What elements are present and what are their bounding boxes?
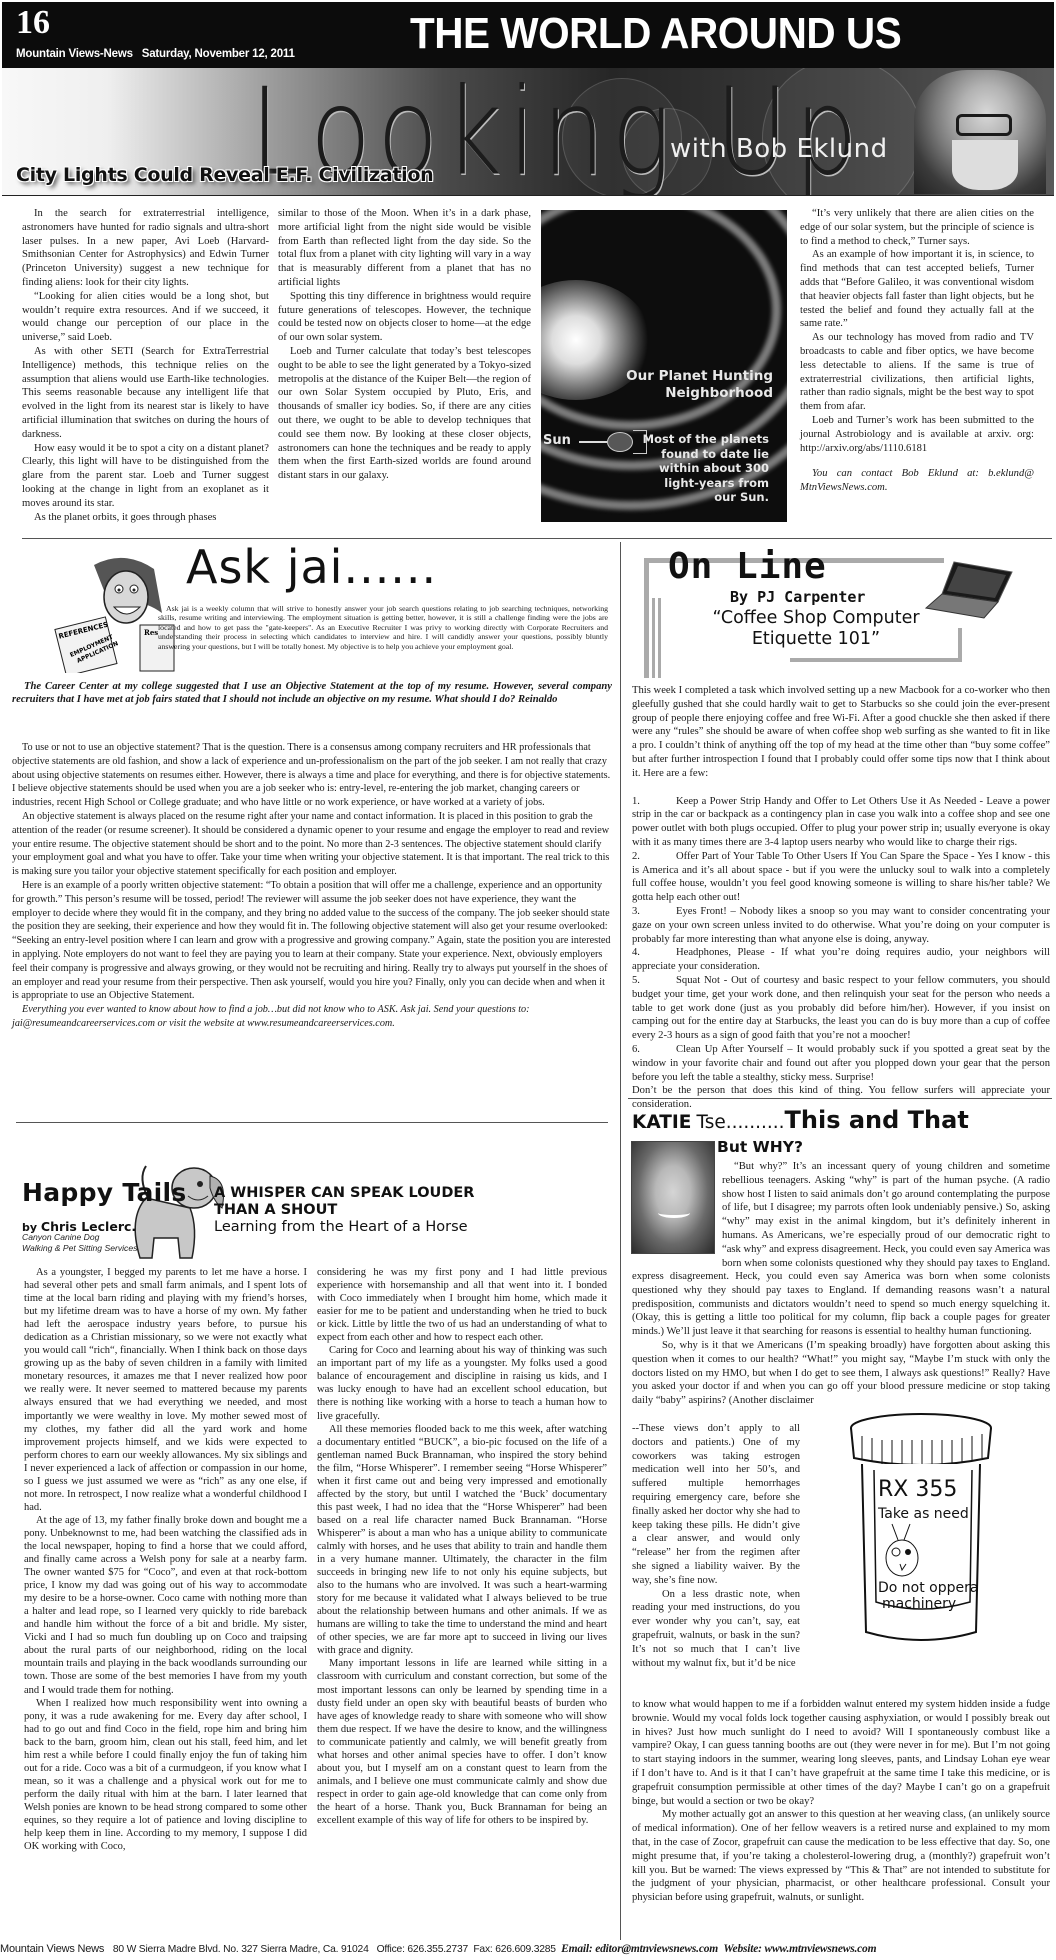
- tip-text: Offer Part of Your Table To Other Users …: [632, 851, 1050, 903]
- spacer: [800, 455, 1034, 467]
- article-title: But WHY?: [717, 1138, 803, 1156]
- author-photo-katie-tse: [631, 1141, 715, 1254]
- article-title: “Coffee Shop Computer Etiquette 101”: [686, 608, 946, 650]
- paragraph: As our technology has moved from radio a…: [800, 331, 1034, 414]
- paragraph: “But why?” It’s an incessant query of yo…: [722, 1160, 1050, 1270]
- paragraph: My mother actually got an answer to this…: [632, 1808, 1050, 1905]
- column-divider: [620, 542, 621, 1940]
- publication-name: Mountain Views-News: [16, 48, 133, 60]
- article-subheadline: Learning from the Heart of a Horse: [214, 1219, 614, 1236]
- footer-address: 80 W Sierra Madre Blvd. No. 327 Sierra M…: [113, 1944, 369, 1955]
- logo-word-up: Up: [715, 68, 864, 196]
- tip-number: 3.: [632, 905, 676, 919]
- tip-number: 4.: [632, 946, 676, 960]
- section-divider: [16, 1122, 608, 1123]
- paragraph: An objective statement is always placed …: [12, 810, 612, 879]
- section-divider: [628, 1098, 1052, 1099]
- arrow-icon: [579, 441, 607, 443]
- paragraph: As with other SETI (Search for ExtraTerr…: [22, 345, 269, 442]
- looking-up-banner: Looking Up with Bob Eklund City Lights C…: [2, 68, 1054, 196]
- headline-line: THAN A SHOUT: [214, 1202, 614, 1219]
- column-byline: By PJ Carpenter: [730, 588, 865, 606]
- issue-date: Saturday, November 12, 2011: [142, 48, 295, 60]
- tip-number: 2.: [632, 850, 676, 864]
- author-organization: Canyon Canine Dog Walking & Pet Sitting …: [22, 1232, 137, 1253]
- photo-detail: [658, 1208, 690, 1218]
- column-byline: with Bob Eklund: [670, 134, 888, 164]
- tip-item: 6.Clean Up After Yourself – It would pro…: [632, 1043, 1050, 1084]
- footer-publication-name: Mountain Views News: [0, 1943, 104, 1955]
- paragraph: This week I completed a task which invol…: [632, 684, 1050, 781]
- decorative-bar: [652, 598, 655, 678]
- paragraph: to know what would happen to me if a for…: [632, 1698, 1050, 1808]
- tip-item: 4.Headphones, Please - If what you’re do…: [632, 946, 1050, 974]
- paragraph: “It’s very unlikely that there are alien…: [800, 207, 1034, 248]
- pill-bottle-cartoon-icon: RX 355 Take as need Do not oppera machin…: [846, 1412, 996, 1652]
- paragraph: As the planet orbits, it goes through ph…: [22, 511, 269, 525]
- paragraph-continued: express disagreement. Heck, you could ev…: [632, 1270, 1050, 1339]
- paragraph: Caring for Coco and learning about his w…: [317, 1344, 607, 1422]
- author-contact: You can contact Bob Eklund at: b.eklund@…: [800, 467, 1034, 495]
- tip-number: 6.: [632, 1043, 676, 1057]
- decorative-bar: [790, 658, 960, 662]
- svg-text:RX 355: RX 355: [878, 1477, 957, 1502]
- article-column-1: As a youngster, I begged my parents to l…: [24, 1266, 307, 1853]
- paragraph: All these memories flooded back to me th…: [317, 1423, 607, 1658]
- column-title: Ask jai......: [186, 540, 437, 594]
- tip-text: Eyes Front! – Nobody likes a snoop so yo…: [632, 906, 1050, 945]
- on-line-article: This week I completed a task which invol…: [632, 684, 1050, 1112]
- paragraph: The Career Center at my college suggeste…: [12, 680, 612, 706]
- on-line-header: On Line By PJ Carpenter “Coffee Shop Com…: [630, 548, 1050, 682]
- paragraph: Spotting this tiny difference in brightn…: [278, 290, 531, 345]
- section-title: THE WORLD AROUND US: [410, 8, 901, 60]
- image-caption-title: Our Planet Hunting Neighborhood: [623, 368, 773, 402]
- article-text-wide: express disagreement. Heck, you could ev…: [632, 1270, 1050, 1408]
- page-number: 16: [16, 6, 50, 40]
- author-last-name: Tse..........: [696, 1112, 784, 1133]
- tip-item: 1.Keep a Power Strip Handy and Offer to …: [632, 795, 1050, 850]
- svg-text:machinery: machinery: [882, 1596, 956, 1612]
- paragraph: similar to those of the Moon. When it’s …: [278, 207, 531, 290]
- paragraph: Loeb and Turner calculate that today’s b…: [278, 345, 531, 483]
- paragraph: As an example of how important it is, in…: [800, 248, 1034, 331]
- footer-email-link[interactable]: Email: editor@mtnviewsnews.com: [561, 1943, 718, 1955]
- column-title: Happy Tails: [22, 1178, 187, 1207]
- reader-question: The Career Center at my college suggeste…: [12, 680, 612, 706]
- paragraph: How easy would it be to spot a city on a…: [22, 442, 269, 511]
- section-divider: [22, 538, 1052, 539]
- article-headline: City Lights Could Reveal E.F. Civilizati…: [16, 164, 433, 186]
- article-column-3: “It’s very unlikely that there are alien…: [800, 207, 1034, 495]
- paragraph: Loeb and Turner’s work has been submitte…: [800, 414, 1034, 455]
- paragraph: When I realized how much responsibility …: [24, 1697, 307, 1854]
- photo-detail: [952, 140, 1018, 190]
- decorative-bar: [658, 598, 661, 678]
- author-first-name: KATIE: [632, 1112, 691, 1133]
- svg-text:Take as need: Take as need: [877, 1506, 969, 1522]
- paragraph: “Looking for alien cities would be a lon…: [22, 290, 269, 345]
- column-title: On Line: [668, 546, 827, 587]
- paragraph: As a youngster, I begged my parents to l…: [24, 1266, 307, 1514]
- publication-dateline: Mountain Views-News Saturday, November 1…: [16, 48, 295, 60]
- photo-detail: [956, 114, 1012, 136]
- laptop-icon: [924, 560, 1014, 620]
- sun-label: Sun: [543, 433, 571, 448]
- paragraph: To use or not to use an objective statem…: [12, 741, 612, 810]
- org-line: Canyon Canine Dog: [22, 1232, 137, 1243]
- paragraph: On a less drastic note, when reading you…: [632, 1588, 800, 1671]
- column-answer: To use or not to use an objective statem…: [12, 741, 612, 1031]
- article-text-beside-photo: “But why?” It’s an incessant query of yo…: [722, 1160, 1050, 1270]
- decorative-bar: [958, 628, 962, 662]
- paragraph: --These views don’t apply to all doctors…: [632, 1422, 800, 1588]
- article-headline: A WHISPER CAN SPEAK LOUDER THAN A SHOUT …: [214, 1185, 614, 1236]
- article-text-bottom: to know what would happen to me if a for…: [632, 1698, 1050, 1905]
- author-photo-bob-eklund: [914, 70, 1046, 194]
- column-title: This and That: [785, 1106, 969, 1134]
- headline-line: A WHISPER CAN SPEAK LOUDER: [214, 1185, 614, 1202]
- tip-item: 5.Squat Not - Out of courtesy and basic …: [632, 974, 1050, 1043]
- image-caption-note: Most of the planets found to date lie wi…: [639, 432, 769, 505]
- sun-marker: [607, 432, 633, 452]
- paragraph: Here is an example of a poorly written o…: [12, 879, 612, 1003]
- galaxy-illustration: Our Planet Hunting Neighborhood Sun Most…: [541, 210, 787, 522]
- decorative-bar: [644, 558, 649, 678]
- column-header: KATIE Tse..........This and That: [632, 1106, 969, 1134]
- tip-number: 5.: [632, 974, 676, 988]
- footer-website-link[interactable]: Website: www.mtnviewsnews.com: [723, 1943, 876, 1955]
- svg-text:Do not oppera: Do not oppera: [878, 1580, 978, 1596]
- paragraph: Ask jai is a weekly column that will str…: [158, 604, 608, 651]
- tip-text: Keep a Power Strip Handy and Offer to Le…: [632, 796, 1050, 848]
- paragraph: So, why is it that we Americans (I’m spe…: [632, 1339, 1050, 1408]
- column-intro: Ask jai is a weekly column that will str…: [158, 604, 608, 651]
- masthead: 16 Mountain Views-News Saturday, Novembe…: [2, 2, 1054, 68]
- svg-text:Res: Res: [144, 628, 158, 637]
- tip-text: Squat Not - Out of courtesy and basic re…: [632, 975, 1050, 1041]
- article-column-1: In the search for extraterrestrial intel…: [22, 207, 269, 524]
- tip-number: 1.: [632, 795, 676, 809]
- org-line: Walking & Pet Sitting Services: [22, 1243, 137, 1254]
- spacer: [632, 781, 1050, 795]
- article-text-narrow: --These views don’t apply to all doctors…: [632, 1422, 800, 1670]
- tip-item: 2.Offer Part of Your Table To Other User…: [632, 850, 1050, 905]
- paragraph: considering he was my first pony and I h…: [317, 1266, 607, 1344]
- paragraph: Many important lessons in life are learn…: [317, 1657, 607, 1827]
- tip-item: 3.Eyes Front! – Nobody likes a snoop so …: [632, 905, 1050, 946]
- paragraph: At the age of 13, my father finally brok…: [24, 1514, 307, 1697]
- paragraph: In the search for extraterrestrial intel…: [22, 207, 269, 290]
- page-footer: Mountain Views News 80 W Sierra Madre Bl…: [0, 1943, 1056, 1960]
- footer-office-phone: Office: 626.355.2737: [377, 1944, 468, 1955]
- tip-text: Headphones, Please - If what you’re doin…: [632, 947, 1050, 972]
- footer-fax: Fax: 626.609.3285: [473, 1944, 555, 1955]
- tip-text: Clean Up After Yourself – It would proba…: [632, 1044, 1050, 1083]
- article-column-2: considering he was my first pony and I h…: [317, 1266, 607, 1827]
- column-closing: Everything you ever wanted to know about…: [12, 1003, 612, 1031]
- article-column-2: similar to those of the Moon. When it’s …: [278, 207, 531, 483]
